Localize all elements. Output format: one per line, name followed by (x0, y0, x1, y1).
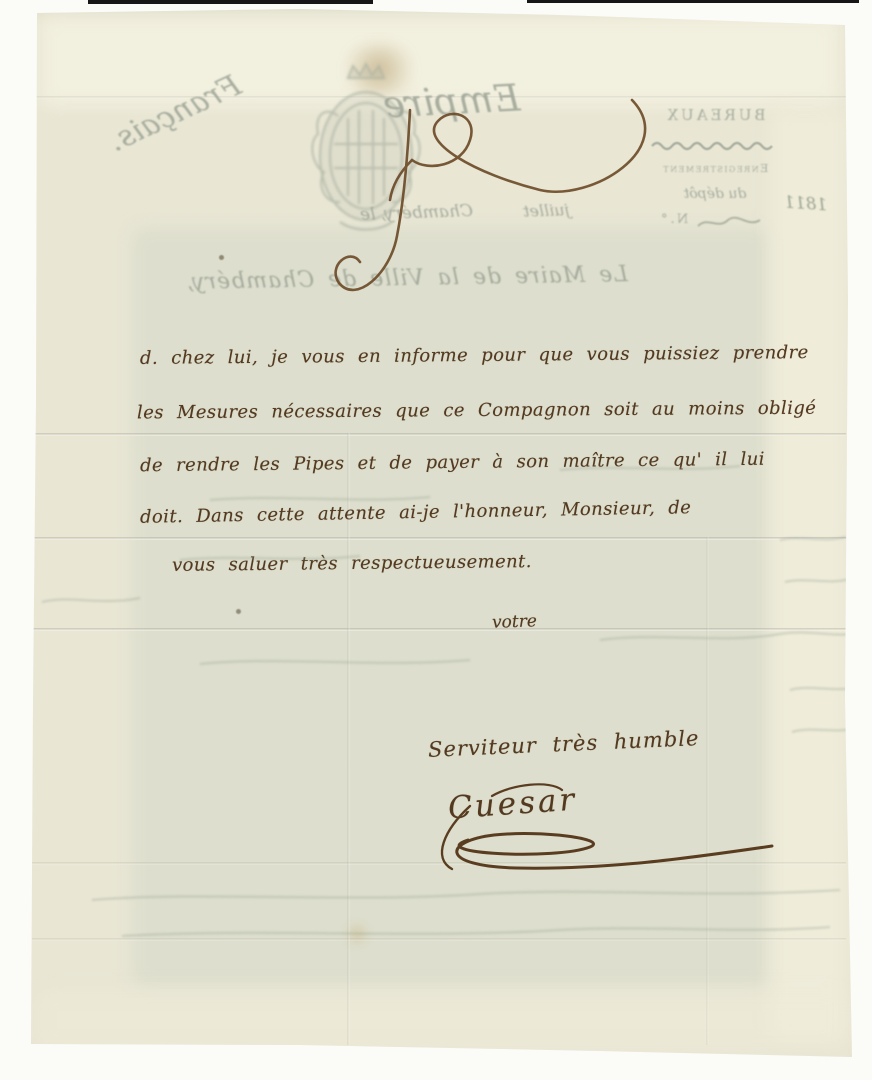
letter-paper: Empire Français. BUREAUX Enregistrement … (0, 0, 872, 1080)
scanned-letter-photo: { "scan": { "background_color": "#fbfbf8… (0, 0, 872, 1080)
scan-edge-bar-right (527, 0, 859, 3)
bleedthrough-scribbles (0, 0, 872, 1080)
scan-edge-bar-left (88, 0, 373, 4)
